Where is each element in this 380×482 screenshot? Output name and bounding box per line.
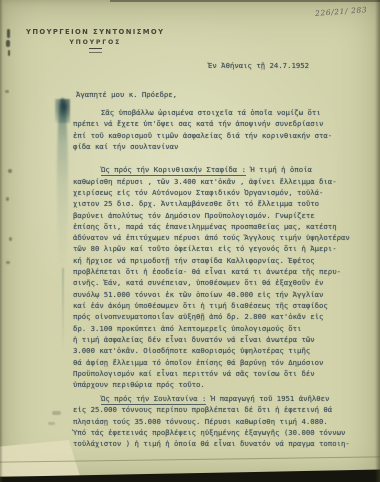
- section-heading-currants: Ὡς πρός τήν Κορινθιακήν Σταφίδα :: [101, 165, 246, 176]
- text-line: Σᾶς ὑποβάλλω ὡρισμένα στοιχεῖα τά ὁποῖα …: [73, 107, 351, 118]
- text-line: ἐπί τοῦ καθορισμοῦ τιμῶν ἀσφαλείας διά τ…: [73, 130, 351, 141]
- text-line: φίδα καί τήν σουλτανίναν: [73, 141, 351, 152]
- text-line: τῶν 80 λιρῶν καί τοῦτο ὀφείλεται εἰς τό …: [73, 243, 351, 254]
- ink-stain-blob: [55, 99, 70, 123]
- minister-title: ΥΠΟΥΡΓΟΣ: [26, 39, 164, 46]
- text-line: 3.000 κατ'ὀκᾶν. Οἱοσδήποτε καθορισμός ὑψ…: [73, 345, 351, 356]
- pencil-smudge: [48, 422, 55, 425]
- text-line: Προϋπολογισμόν καί εἶναι περιττόν νά σᾶς…: [73, 368, 351, 379]
- scanned-letter-photo: 226/21/ 283 ΥΠΟΥΡΓΕΙΟΝ ΣΥΝΤΟΝΙΣΜΟΥ ΥΠΟΥΡ…: [0, 0, 380, 482]
- heading-line-rest: Ἡ τιμή ἡ ὁποία: [246, 165, 312, 174]
- scan-right-edge: [375, 0, 380, 482]
- text-line: ὑπάρχουν περιθώρια πρός τοῦτο.: [73, 379, 351, 390]
- paragraph-sultanas: Ὡς πρός τήν Σουλτανίνα : Ἡ παραγωγή τοῦ …: [73, 393, 351, 450]
- letter-body: Σᾶς ὑποβάλλω ὡρισμένα στοιχεῖα τά ὁποῖα …: [73, 107, 351, 450]
- pencil-mark: [8, 50, 10, 56]
- text-line: συνόλῳ 51.000 τόννοι ἐκ τῶν ὁποίων 40.00…: [73, 289, 351, 300]
- text-line: βαρύνει ἀπολύτως τόν Δημόσιον Προϋπολογι…: [73, 210, 351, 221]
- text-line: χειρίσεως εἰς τόν Αὐτόνομον Σταφιδικόν Ὀ…: [73, 187, 351, 198]
- text-line: καθωρίσθη πέρυσι , τῶν 3.400 κατ'ὀκᾶν , …: [73, 176, 351, 187]
- text-line: σινῆς. Ἐάν, κατά συνέπειαν, ὑποθέσωμεν ὅ…: [73, 277, 351, 288]
- paper-fold: [0, 440, 80, 476]
- text-line: Ὡς πρός τήν Σουλτανίνα : Ἡ παραγωγή τοῦ …: [73, 393, 351, 404]
- text-line: ἀδύνατον νά ἐπιτύχωμεν πέρυσι ἀπό τούς Ἄ…: [73, 232, 351, 243]
- text-line: χιστον 25 δισ. δρχ. Ἀντιλαμβάνεσθε ὅτι τ…: [73, 198, 351, 209]
- text-line: κή ἤρχισε νά πριμοδοτῇ τήν σταφίδα Καλλι…: [73, 255, 351, 266]
- text-line: τοὐλάχιστον ) ἡ τιμή ἡ ὁποία θά εἶναι δυ…: [73, 438, 351, 449]
- text-line: καί ἐάν ἀκόμη ὑποθέσωμεν ὅτι ἡ τιμή διαθ…: [73, 300, 351, 311]
- text-line: θά ἀφίσῃ ἔλλειμμα τό ὁποῖον ἐπίσης θά βα…: [73, 357, 351, 368]
- ministry-name: ΥΠΟΥΡΓΕΙΟΝ ΣΥΝΤΟΝΙΣΜΟΥ: [26, 28, 164, 36]
- pencil-mark: [6, 197, 9, 201]
- text-line: εἰς 25.000 τόννους περίπου προβλέπεται δ…: [73, 404, 351, 415]
- date-line: Ἐν Ἀθήναις τῇ 24.7.1952: [208, 61, 309, 70]
- pencil-mark: [5, 90, 9, 93]
- text-line: πρός οἰνοπνευματοποιΐαν αὐξηθῇ ἀπό δρ. 2…: [73, 311, 351, 322]
- text-line: Ὡς πρός τήν Κορινθιακήν Σταφίδα : Ἡ τιμή…: [73, 164, 351, 175]
- text-line: ἐπίσης ὅτι, παρά τάς ἐπανειλημμένας προσ…: [73, 221, 351, 232]
- salutation: Ἀγαπητέ μου κ. Πρόεδρε,: [76, 90, 177, 99]
- pencil-mark: [8, 169, 12, 173]
- text-line: ἡ τιμή ἀσφαλείας δέν εἶναι δυνατόν νά εἶ…: [73, 334, 351, 345]
- letterhead: ΥΠΟΥΡΓΕΙΟΝ ΣΥΝΤΟΝΙΣΜΟΥ ΥΠΟΥΡΓΟΣ: [26, 28, 164, 53]
- text-line: δρ. 3.100 προκύπτει ἀπό λεπτομερεῖς ὑπολ…: [73, 323, 351, 334]
- paragraph-intro: Σᾶς ὑποβάλλω ὡρισμένα στοιχεῖα τά ὁποῖα …: [73, 107, 351, 152]
- pencil-mark: [6, 261, 10, 264]
- heading-line-rest: Ἡ παραγωγή τοῦ 1951 ἀνῆλθεν: [206, 394, 329, 403]
- pencil-mark: [9, 237, 12, 241]
- pencil-mark: [7, 29, 10, 38]
- section-heading-sultanas: Ὡς πρός τήν Σουλτανίνα :: [101, 394, 206, 405]
- ink-stain-tail: [62, 268, 64, 353]
- text-line: πλησιάσῃ τούς 35.000 τόννους. Πέρυσι καθ…: [73, 416, 351, 427]
- ink-stain: [57, 98, 68, 273]
- text-line: Ὑπό τάς ἐφετεινάς προβλέψεις ηὐξημένης ἐ…: [73, 427, 351, 438]
- paragraph-currants: Ὡς πρός τήν Κορινθιακήν Σταφίδα : Ἡ τιμή…: [73, 164, 351, 390]
- pencil-smudge: [52, 411, 61, 415]
- text-line: πρέπει νά ἔχετε ὑπ'ὄψει σας κατά τήν ἀπο…: [73, 118, 351, 129]
- pencil-mark: [6, 40, 10, 47]
- text-line: προβλέπεται ὅτι ἡ ἐσοδεία- θά εἶναι κατά…: [73, 266, 351, 277]
- letterhead-rule: [89, 48, 102, 53]
- scan-left-edge: [0, 0, 3, 482]
- scan-top-edge: [110, 0, 380, 2]
